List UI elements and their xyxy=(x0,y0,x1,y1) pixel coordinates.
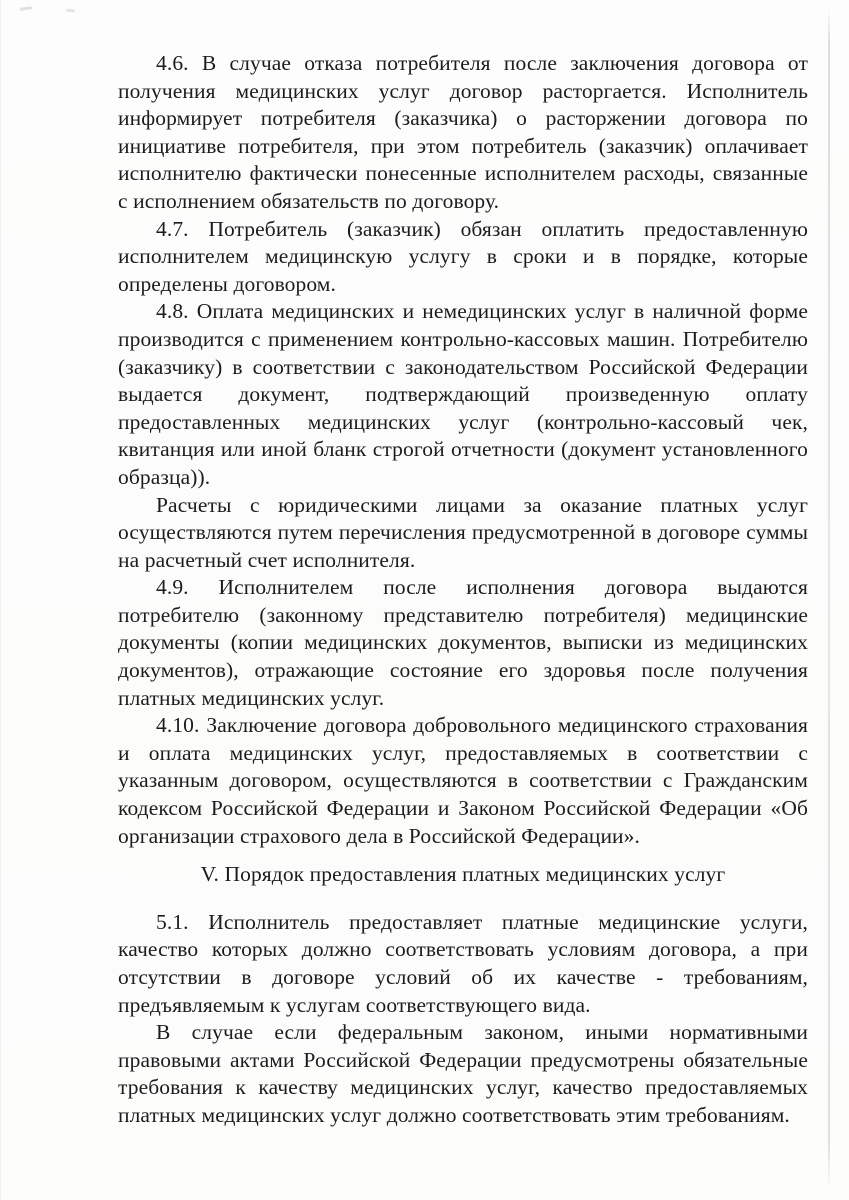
paragraph-federal-law: В случае если федеральным законом, иными… xyxy=(118,1019,808,1129)
paragraph-4-7: 4.7. Потребитель (заказчик) обязан оплат… xyxy=(118,216,808,299)
document-text-block: 4.6. В случае отказа потребителя после з… xyxy=(118,50,808,1130)
scan-edge-artifact xyxy=(0,0,1,1200)
scan-smudge-mark xyxy=(20,6,32,11)
paragraph-settlements: Расчеты с юридическими лицами за оказани… xyxy=(118,492,808,575)
section-v-heading: V. Порядок предоставления платных медици… xyxy=(118,861,808,889)
scan-line-artifact xyxy=(828,8,830,1190)
paragraph-4-10: 4.10. Заключение договора добровольного … xyxy=(118,712,808,850)
paragraph-4-9: 4.9. Исполнителем после исполнения догов… xyxy=(118,574,808,712)
paragraph-4-6: 4.6. В случае отказа потребителя после з… xyxy=(118,50,808,216)
paragraph-5-1: 5.1. Исполнитель предоставляет платные м… xyxy=(118,909,808,1019)
scanned-document-page: 4.6. В случае отказа потребителя после з… xyxy=(0,0,849,1200)
scan-smudge-mark xyxy=(66,9,75,13)
paragraph-4-8: 4.8. Оплата медицинских и немедицинских … xyxy=(118,298,808,491)
